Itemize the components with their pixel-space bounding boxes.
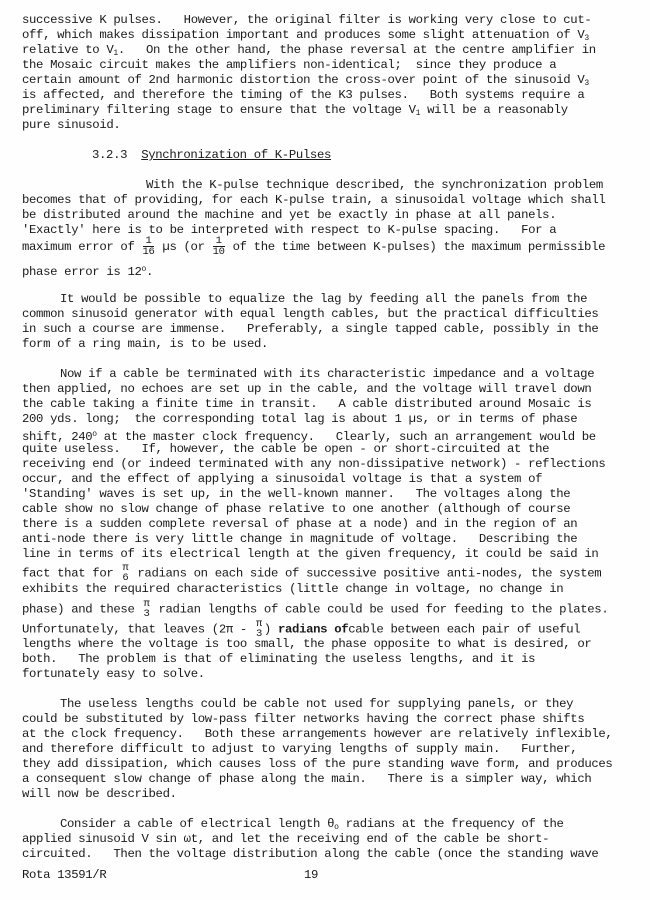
text-line: both. The problem is that of eliminating… xyxy=(22,652,535,667)
text-line: maximum error of 116 µs (or 110 of the t… xyxy=(22,236,605,257)
text-line: It would be possible to equalize the lag… xyxy=(60,292,587,307)
text-line: anti-node there is very little change in… xyxy=(22,532,577,547)
text-line: the Mosaic circuit makes the amplifiers … xyxy=(22,58,556,73)
document-reference: Rota 13591/R xyxy=(22,868,106,883)
text-line: occur, and the effect of applying a sinu… xyxy=(22,472,542,487)
text-line: is affected, and therefore the timing of… xyxy=(22,88,584,103)
fraction-1-10: 110 xyxy=(213,236,225,257)
text-line: in such a course are immense. Preferably… xyxy=(22,322,598,337)
text-line: 'Standing' waves is set up, in the well-… xyxy=(22,487,570,502)
fraction-1-16: 116 xyxy=(143,236,155,257)
page-number: 19 xyxy=(304,868,318,883)
text-line: successive K pulses. However, the origin… xyxy=(22,13,591,28)
text-line: Unfortunately, that leaves (2π - π3) rad… xyxy=(22,619,580,639)
text-line: cable show no slow change of phase relat… xyxy=(22,502,570,517)
text-line: phase error is 12o. xyxy=(22,262,153,280)
text-line: becomes that of providing, for each K-pu… xyxy=(22,193,605,208)
text-line: form of a ring main, is to be used. xyxy=(22,337,268,352)
text-line: applied sinusoid V sin ωt, and let the r… xyxy=(22,832,549,847)
text-line: and therefore difficult to adjust to var… xyxy=(22,742,577,757)
fraction-pi-3: π3 xyxy=(255,619,263,639)
text-line: 200 yds. long; the corresponding total l… xyxy=(22,412,577,427)
text-line: lengths where the voltage is too small, … xyxy=(22,637,591,652)
section-heading: 3.2.3 Synchronization of K-Pulses xyxy=(92,148,331,163)
text-line: exhibits the required characteristics (l… xyxy=(22,582,563,597)
document-page: successive K pulses. However, the origin… xyxy=(0,0,650,900)
section-title: Synchronization of K-Pulses xyxy=(141,148,331,162)
text-line: With the K-pulse technique described, th… xyxy=(146,178,603,193)
text-line: could be substituted by low-pass filter … xyxy=(22,712,584,727)
text-line: a consequent slow change of phase along … xyxy=(22,772,591,787)
section-number: 3.2.3 xyxy=(92,148,127,162)
fraction-pi-3: π3 xyxy=(143,599,151,619)
text-line: will now be described. xyxy=(22,787,177,802)
text-line: then applied, no echoes are set up in th… xyxy=(22,382,591,397)
text-line: The useless lengths could be cable not u… xyxy=(60,697,573,712)
text-line: be distributed around the machine and ye… xyxy=(22,208,556,223)
fraction-pi-6: π6 xyxy=(121,563,129,583)
text-line: receiving end (or indeed terminated with… xyxy=(22,457,605,472)
text-line: phase) and these π3 radian lengths of ca… xyxy=(22,599,608,619)
text-line: pure sinusoid. xyxy=(22,118,120,133)
text-line: Now if a cable be terminated with its ch… xyxy=(60,367,594,382)
text-line: quite useless. If, however, the cable be… xyxy=(22,442,549,457)
text-line: at the clock frequency. Both these arran… xyxy=(22,727,612,742)
text-line: circuited. Then the voltage distribution… xyxy=(22,847,598,862)
text-line: the cable taking a finite time in transi… xyxy=(22,397,591,412)
text-line: line in terms of its electrical length a… xyxy=(22,547,598,562)
text-line: fortunately easy to solve. xyxy=(22,667,205,682)
text-line: fact that for π6 radians on each side of… xyxy=(22,563,601,583)
text-line: there is a sudden complete reversal of p… xyxy=(22,517,577,532)
text-line: common sinusoid generator with equal len… xyxy=(22,307,598,322)
text-line: they add dissipation, which causes loss … xyxy=(22,757,612,772)
